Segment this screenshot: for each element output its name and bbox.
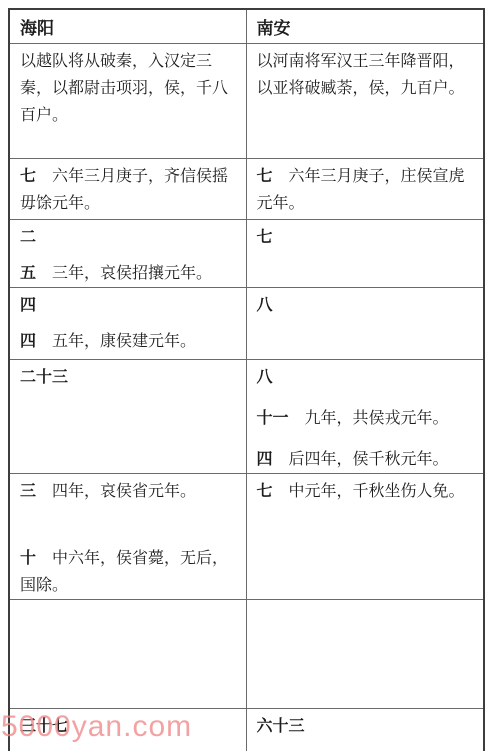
year-count: 七 (257, 168, 273, 185)
year-count: 十 (20, 550, 36, 567)
year-count: 七 (20, 168, 36, 185)
year-count: 八 (257, 369, 273, 386)
year-count: 三十七 (20, 718, 68, 735)
cell-paragraph: 三四年，哀侯省元年。 (20, 478, 236, 505)
table-cell: 三四年，哀侯省元年。 十中六年，侯省薨，无后，国除。 (9, 473, 246, 599)
column-header-haiyang: 海阳 (9, 9, 246, 43)
year-count: 二十三 (20, 369, 68, 386)
table-cell: 七中元年，千秋坐伤人免。 (246, 473, 484, 599)
entry-text: 中六年，侯省薨，无后，国除。 (20, 550, 228, 594)
cell-paragraph: 以河南将军汉王三年降晋阳，以亚将破臧荼，侯，九百户。 (257, 48, 474, 102)
cell-paragraph: 八 (257, 292, 474, 319)
year-count: 七 (257, 483, 273, 500)
table-cell: 四 四五年，康侯建元年。 (9, 287, 246, 359)
cell-paragraph: 六十三 (257, 713, 474, 740)
table-cell: 七六年三月庚子，齐信侯摇毋馀元年。 (9, 158, 246, 219)
table-cell: 八 十一九年，共侯戎元年。 四后四年，侯千秋元年。 (246, 359, 484, 473)
table-row: 四 四五年，康侯建元年。 八 (9, 287, 484, 359)
table-cell: 三十七 (9, 708, 246, 751)
table-cell-empty (246, 599, 484, 708)
table-cell: 二 五三年，哀侯招攘元年。 (9, 219, 246, 287)
table-cell-empty (9, 599, 246, 708)
entry-text: 九年，共侯戎元年。 (305, 410, 449, 427)
table-row: 二十三 八 十一九年，共侯戎元年。 四后四年，侯千秋元年。 (9, 359, 484, 473)
table-row (9, 599, 484, 708)
cell-paragraph: 二十三 (20, 364, 236, 391)
entry-text: 五年，康侯建元年。 (52, 333, 196, 350)
table-cell: 二十三 (9, 359, 246, 473)
marquis-genealogy-table: 海阳 南安 以越队将从破秦，入汉定三秦，以都尉击项羽，侯，千八百户。 以河南将军… (8, 8, 485, 751)
year-count: 四 (257, 451, 273, 468)
year-count: 四 (20, 297, 36, 314)
year-count: 六十三 (257, 718, 305, 735)
entry-text: 以河南将军汉王三年降晋阳，以亚将破臧荼，侯，九百户。 (257, 53, 465, 97)
column-header-nanan: 南安 (246, 9, 484, 43)
cell-paragraph: 八 (257, 364, 474, 391)
cell-paragraph: 五三年，哀侯招攘元年。 (20, 260, 236, 287)
entry-text: 以越队将从破秦，入汉定三秦，以都尉击项羽，侯，千八百户。 (20, 53, 228, 124)
cell-paragraph: 三十七 (20, 713, 236, 740)
table-cell: 八 (246, 287, 484, 359)
entry-text: 中元年，千秋坐伤人免。 (289, 483, 465, 500)
entry-text: 六年三月庚子，庄侯宣虎元年。 (257, 168, 465, 212)
table-cell: 以越队将从破秦，入汉定三秦，以都尉击项羽，侯，千八百户。 (9, 43, 246, 158)
cell-paragraph: 七 (257, 224, 474, 251)
entry-text: 六年三月庚子，齐信侯摇毋馀元年。 (20, 168, 228, 212)
table-cell: 七六年三月庚子，庄侯宣虎元年。 (246, 158, 484, 219)
table-wrapper: 海阳 南安 以越队将从破秦，入汉定三秦，以都尉击项羽，侯，千八百户。 以河南将军… (8, 8, 485, 751)
entry-text: 后四年，侯千秋元年。 (289, 451, 449, 468)
table-row: 三十七 六十三 (9, 708, 484, 751)
entry-text: 三年，哀侯招攘元年。 (52, 265, 212, 282)
table-row: 以越队将从破秦，入汉定三秦，以都尉击项羽，侯，千八百户。 以河南将军汉王三年降晋… (9, 43, 484, 158)
entry-text: 四年，哀侯省元年。 (52, 483, 196, 500)
header-row: 海阳 南安 (9, 9, 484, 43)
year-count: 八 (257, 297, 273, 314)
year-count: 七 (257, 229, 273, 246)
cell-paragraph: 四五年，康侯建元年。 (20, 328, 236, 355)
year-count: 十一 (257, 410, 289, 427)
cell-paragraph: 十中六年，侯省薨，无后，国除。 (20, 545, 236, 599)
cell-paragraph: 七中元年，千秋坐伤人免。 (257, 478, 474, 505)
table-row: 七六年三月庚子，齐信侯摇毋馀元年。 七六年三月庚子，庄侯宣虎元年。 (9, 158, 484, 219)
year-count: 五 (20, 265, 36, 282)
cell-paragraph: 以越队将从破秦，入汉定三秦，以都尉击项羽，侯，千八百户。 (20, 48, 236, 129)
year-count: 四 (20, 333, 36, 350)
year-count: 三 (20, 483, 36, 500)
table-cell: 七 (246, 219, 484, 287)
cell-paragraph: 十一九年，共侯戎元年。 (257, 405, 474, 432)
year-count: 二 (20, 229, 36, 246)
cell-paragraph: 四 (20, 292, 236, 319)
table-cell: 以河南将军汉王三年降晋阳，以亚将破臧荼，侯，九百户。 (246, 43, 484, 158)
cell-paragraph: 二 (20, 224, 236, 251)
table-cell: 六十三 (246, 708, 484, 751)
cell-paragraph: 七六年三月庚子，庄侯宣虎元年。 (257, 163, 474, 217)
table-row: 三四年，哀侯省元年。 十中六年，侯省薨，无后，国除。 七中元年，千秋坐伤人免。 (9, 473, 484, 599)
table-row: 二 五三年，哀侯招攘元年。 七 (9, 219, 484, 287)
cell-paragraph: 四后四年，侯千秋元年。 (257, 446, 474, 473)
cell-paragraph: 七六年三月庚子，齐信侯摇毋馀元年。 (20, 163, 236, 217)
